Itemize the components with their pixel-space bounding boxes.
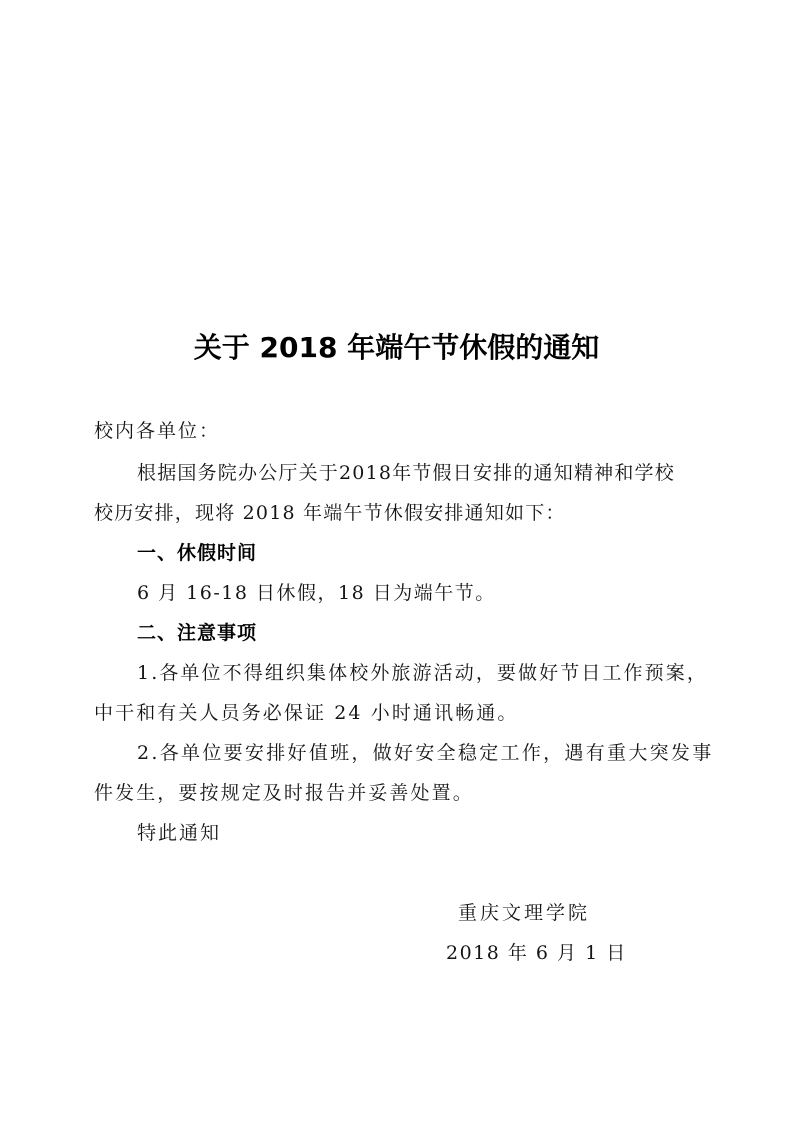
signature-organization: 重庆文理学院 bbox=[458, 900, 590, 926]
note-1-line-2: 中干和有关人员务必保证 24 小时通讯畅通。 bbox=[94, 700, 518, 726]
closing-phrase: 特此通知 bbox=[137, 820, 221, 846]
note-2-line-1: 2.各单位要安排好值班，做好安全稳定工作，遇有重大突发事 bbox=[137, 740, 714, 766]
document-page: 关于 2018 年端午节休假的通知 校内各单位： 根据国务院办公厅关于2018年… bbox=[0, 0, 793, 1121]
document-title: 关于 2018 年端午节休假的通知 bbox=[0, 328, 793, 368]
section-heading-holiday-time: 一、休假时间 bbox=[137, 540, 257, 566]
signature-date: 2018 年 6 月 1 日 bbox=[446, 940, 627, 966]
holiday-time-paragraph: 6 月 16-18 日休假，18 日为端午节。 bbox=[137, 580, 496, 606]
section-heading-notes: 二、注意事项 bbox=[137, 620, 257, 646]
note-2-line-2: 件发生，要按规定及时报告并妥善处置。 bbox=[94, 780, 474, 806]
salutation: 校内各单位： bbox=[94, 418, 220, 444]
intro-paragraph-line-2: 校历安排，现将 2018 年端午节休假安排通知如下： bbox=[94, 500, 566, 526]
note-1-line-1: 1.各单位不得组织集体校外旅游活动，要做好节日工作预案， bbox=[137, 660, 708, 686]
intro-paragraph-line-1: 根据国务院办公厅关于2018年节假日安排的通知精神和学校 bbox=[137, 460, 675, 486]
